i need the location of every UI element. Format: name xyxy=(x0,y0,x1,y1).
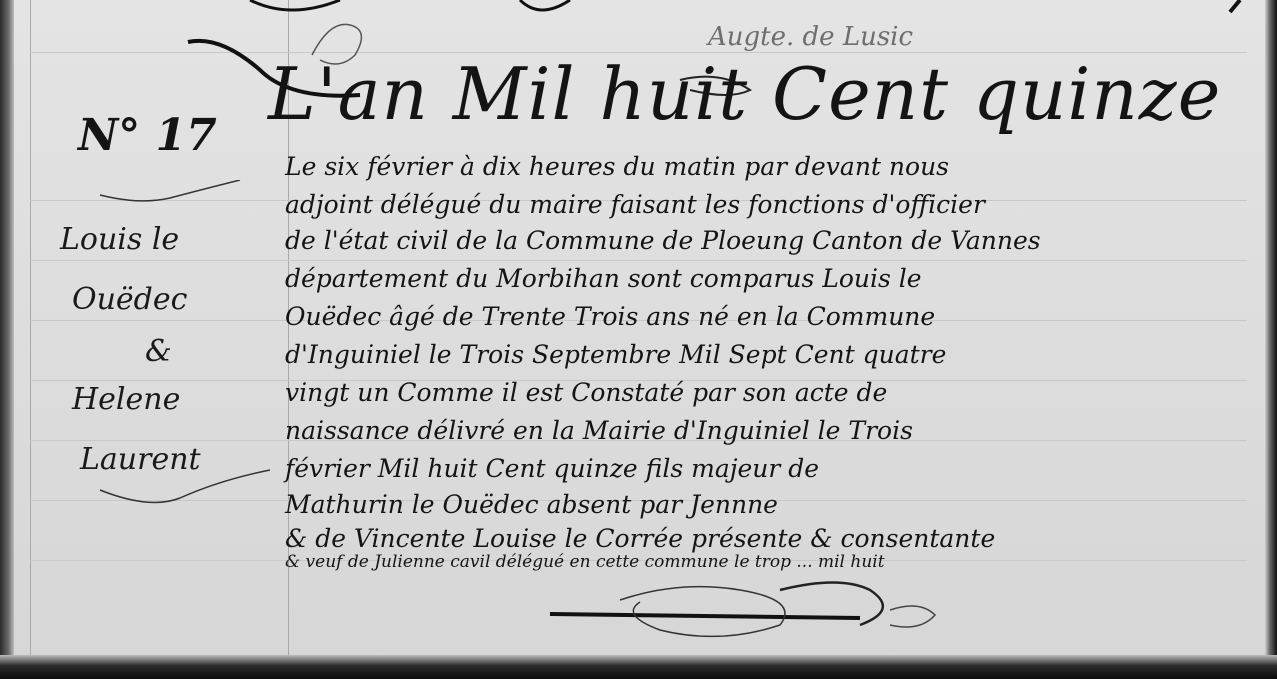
body-line: adjoint délégué du maire faisant les fon… xyxy=(285,190,985,219)
body-line: Ouëdec âgé de Trente Trois ans né en la … xyxy=(285,302,935,331)
margin-flourish-icon xyxy=(40,180,280,520)
body-line: & veuf de Julienne cavil délégué en cett… xyxy=(285,552,885,572)
body-line: Mathurin le Ouëdec absent par Jennne xyxy=(285,490,778,519)
body-line: naissance délivré en la Mairie d'Inguini… xyxy=(285,416,913,445)
body-line: Le six février à dix heures du matin par… xyxy=(285,152,949,181)
closing-flourish-icon xyxy=(540,570,1040,660)
margin-rule-outer xyxy=(30,0,31,655)
body-line: département du Morbihan sont comparus Lo… xyxy=(285,264,922,293)
manuscript-page: Augte. de Lusic L'an Mil huit Cent quinz… xyxy=(0,0,1277,679)
body-line: de l'état civil de la Commune de Ploeung… xyxy=(285,226,1041,255)
entry-number: N° 17 xyxy=(78,110,217,161)
body-line: & de Vincente Louise le Corrée présente … xyxy=(285,524,995,553)
page-left-edge xyxy=(0,0,14,679)
body-line: février Mil huit Cent quinze fils majeur… xyxy=(285,454,819,483)
year-heading: L'an Mil huit Cent quinze xyxy=(268,52,1221,136)
header-note: Augte. de Lusic xyxy=(708,22,913,52)
body-line: vingt un Comme il est Constaté par son a… xyxy=(285,378,887,407)
body-line: d'Inguiniel le Trois Septembre Mil Sept … xyxy=(285,340,946,369)
